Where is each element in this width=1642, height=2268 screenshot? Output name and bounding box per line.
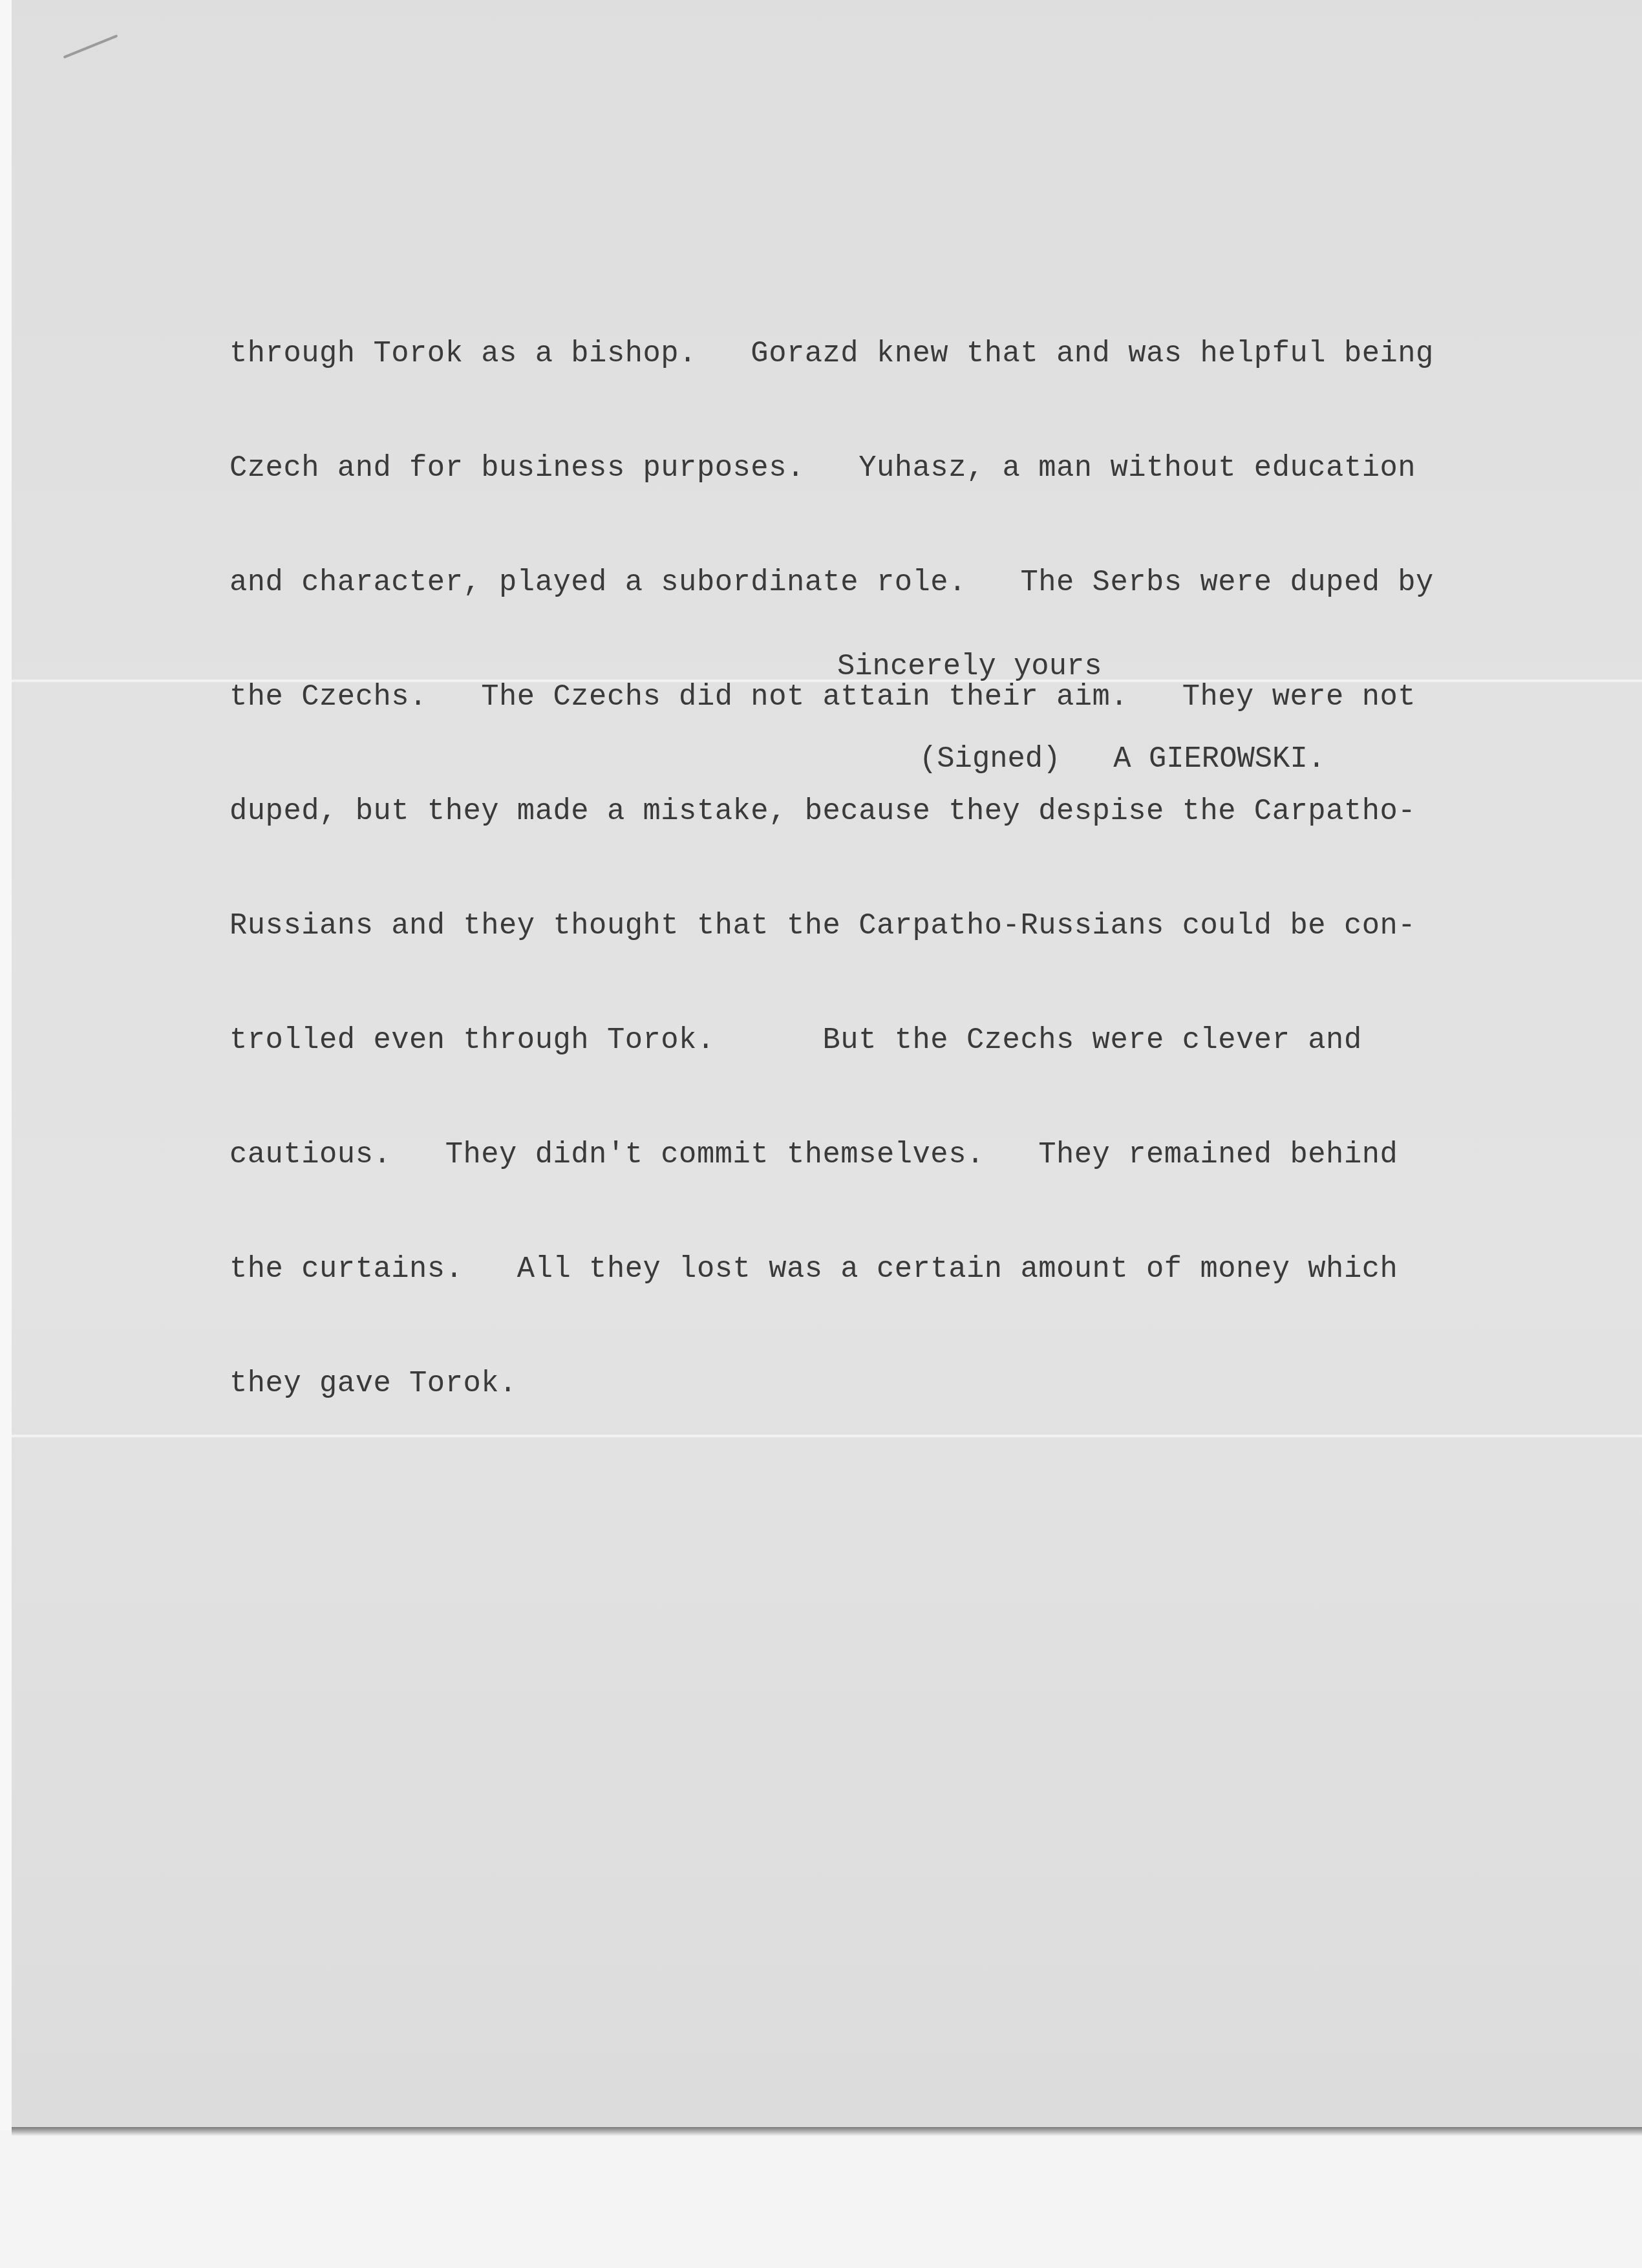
letter-body: through Torok as a bishop. Gorazd knew t… bbox=[229, 259, 1587, 1441]
paper-bottom-edge bbox=[12, 2127, 1642, 2136]
body-line: Czech and for business purposes. Yuhasz,… bbox=[229, 449, 1587, 487]
body-line: cautious. They didn't commit themselves.… bbox=[229, 1136, 1587, 1174]
letter-closing: Sincerely yours bbox=[837, 650, 1102, 683]
body-line: trolled even through Torok. But the Czec… bbox=[229, 1022, 1587, 1060]
letter-signature: (Signed) A GIEROWSKI. bbox=[919, 742, 1325, 776]
body-line: the Czechs. The Czechs did not attain th… bbox=[229, 678, 1587, 716]
scan-margin bbox=[0, 0, 12, 2130]
body-line: they gave Torok. bbox=[229, 1365, 1587, 1403]
body-line: through Torok as a bishop. Gorazd knew t… bbox=[229, 335, 1587, 373]
body-line: the curtains. All they lost was a certai… bbox=[229, 1250, 1587, 1289]
body-line: and character, played a subordinate role… bbox=[229, 564, 1587, 602]
body-line: Russians and they thought that the Carpa… bbox=[229, 907, 1587, 945]
body-line: duped, but they made a mistake, because … bbox=[229, 793, 1587, 831]
